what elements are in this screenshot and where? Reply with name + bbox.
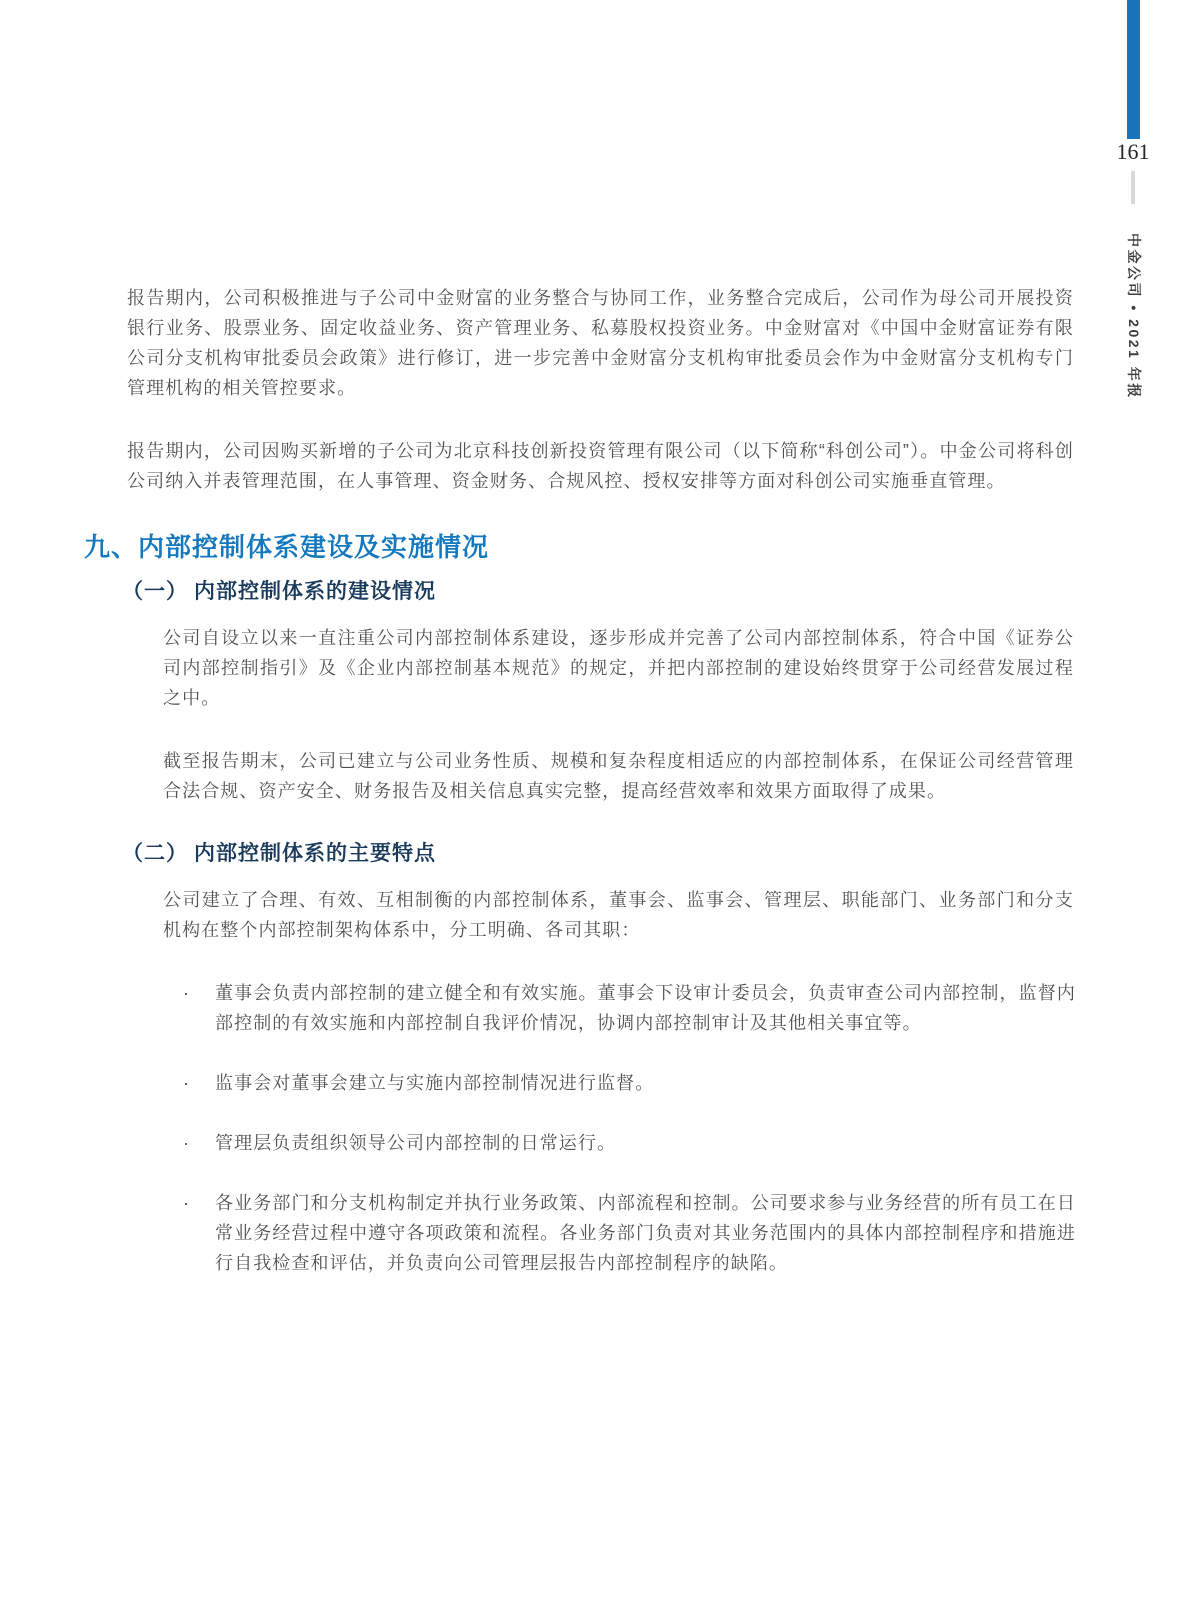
- subsection-body-1: 公司自设立以来一直注重公司内部控制体系建设，逐步形成并完善了公司内部控制体系，符…: [0, 623, 1190, 806]
- subsection-label: （二）: [122, 842, 188, 865]
- page-content: 报告期内，公司积极推进与子公司中金财富的业务整合与协同工作，业务整合完成后，公司…: [0, 283, 1190, 1308]
- bullet-text: 管理层负责组织领导公司内部控制的日常运行。: [215, 1128, 1076, 1158]
- bullet-item-2: · 监事会对董事会建立与实施内部控制情况进行监督。: [183, 1068, 1076, 1098]
- body-paragraph: 截至报告期末，公司已建立与公司业务性质、规模和复杂程度相适应的内部控制体系，在保…: [163, 746, 1074, 806]
- bullet-marker: ·: [183, 1068, 215, 1098]
- subsection-heading-2: （二）内部控制体系的主要特点: [122, 839, 1190, 869]
- section-title: 内部控制体系建设及实施情况: [138, 532, 489, 562]
- subsection-label: （一）: [122, 580, 188, 603]
- bullet-marker: ·: [183, 1128, 215, 1158]
- bullet-marker: ·: [183, 1188, 215, 1278]
- bullet-marker: ·: [183, 978, 215, 1038]
- bullet-item-1: · 董事会负责内部控制的建立健全和有效实施。董事会下设审计委员会，负责审查公司内…: [183, 978, 1076, 1038]
- section-number: 九、: [84, 532, 138, 562]
- subsection-heading-1: （一）内部控制体系的建设情况: [122, 577, 1190, 607]
- subsection-title: 内部控制体系的主要特点: [194, 842, 436, 865]
- spine-accent-bar: [1127, 0, 1140, 139]
- subsection-title: 内部控制体系的建设情况: [194, 580, 436, 603]
- annual-report-page: 161 中金公司 • 2021 年报 报告期内，公司积极推进与子公司中金财富的业…: [0, 0, 1190, 1615]
- section-heading: 九、内部控制体系建设及实施情况: [84, 529, 1190, 565]
- bullet-text: 监事会对董事会建立与实施内部控制情况进行监督。: [215, 1068, 1076, 1098]
- bullet-text: 董事会负责内部控制的建立健全和有效实施。董事会下设审计委员会，负责审查公司内部控…: [215, 978, 1076, 1038]
- subsection-body-2: 公司建立了合理、有效、互相制衡的内部控制体系，董事会、监事会、管理层、职能部门、…: [0, 885, 1190, 945]
- intro-paragraph-1: 报告期内，公司积极推进与子公司中金财富的业务整合与协同工作，业务整合完成后，公司…: [127, 283, 1074, 403]
- page-number: 161: [1103, 139, 1163, 165]
- body-paragraph: 公司自设立以来一直注重公司内部控制体系建设，逐步形成并完善了公司内部控制体系，符…: [163, 623, 1074, 713]
- intro-paragraph-2: 报告期内，公司因购买新增的子公司为北京科技创新投资管理有限公司（以下简称“科创公…: [127, 436, 1074, 496]
- bullet-item-4: · 各业务部门和分支机构制定并执行业务政策、内部流程和控制。公司要求参与业务经营…: [183, 1188, 1076, 1278]
- spine-divider-rule: [1131, 171, 1135, 204]
- bullet-item-3: · 管理层负责组织领导公司内部控制的日常运行。: [183, 1128, 1076, 1158]
- bullet-text: 各业务部门和分支机构制定并执行业务政策、内部流程和控制。公司要求参与业务经营的所…: [215, 1188, 1076, 1278]
- body-paragraph: 公司建立了合理、有效、互相制衡的内部控制体系，董事会、监事会、管理层、职能部门、…: [163, 885, 1074, 945]
